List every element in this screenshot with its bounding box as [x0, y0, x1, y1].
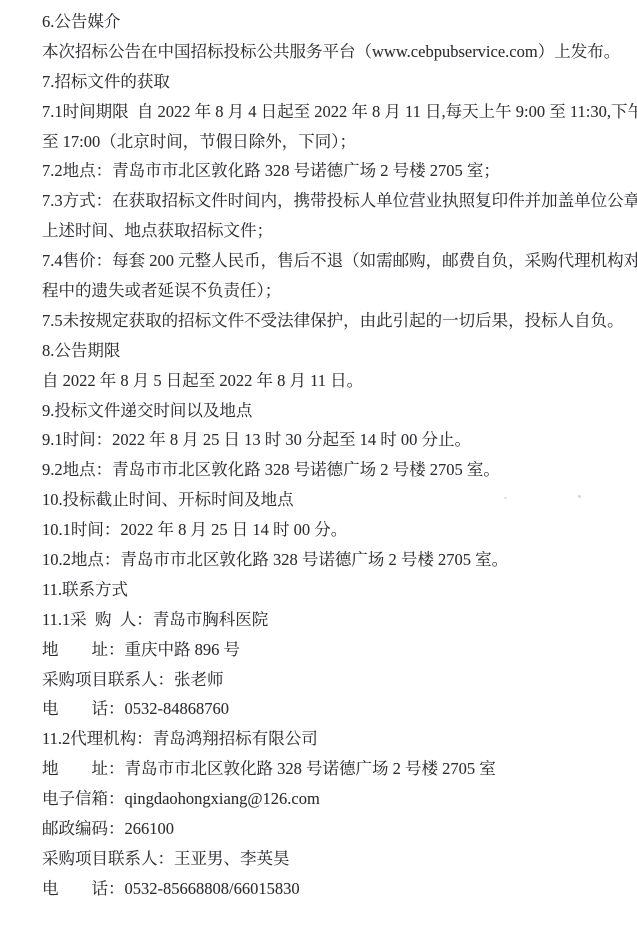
doc-line: 7.3方式：在获取招标文件时间内，携带投标人单位营业执照复印件并加盖单位公章，按… [42, 186, 608, 216]
section-heading: 7.招标文件的获取 [42, 67, 608, 97]
section-bid-submission: 9.投标文件递交时间以及地点 9.1时间：2022 年 8 月 25 日 13 … [42, 396, 608, 486]
doc-line: 地 址：青岛市市北区敦化路 328 号诺德广场 2 号楼 2705 室 [42, 754, 608, 784]
doc-line: 9.2地点：青岛市市北区敦化路 328 号诺德广场 2 号楼 2705 室。 [42, 455, 608, 485]
doc-line: 上述时间、地点获取招标文件； [42, 216, 608, 246]
doc-line: 7.1时间期限 自 2022 年 8 月 4 日起至 2022 年 8 月 11… [42, 97, 608, 127]
doc-line: 邮政编码：266100 [42, 814, 608, 844]
doc-line: 11.2代理机构：青岛鸿翔招标有限公司 [42, 724, 608, 754]
doc-line: 7.4售价：每套 200 元整人民币，售后不退（如需邮购，邮费自负，采购代理机构… [42, 246, 608, 276]
doc-line: 9.1时间：2022 年 8 月 25 日 13 时 30 分起至 14 时 0… [42, 425, 608, 455]
doc-line: 至 17:00（北京时间，节假日除外，下同）； [42, 127, 608, 157]
doc-line: 电 话：0532-85668808/66015830 [42, 874, 608, 904]
section-heading: 10.投标截止时间、开标时间及地点 [42, 485, 608, 515]
doc-line: 11.1采 购 人：青岛市胸科医院 [42, 605, 608, 635]
doc-line: 程中的遗失或者延误不负责任）； [42, 276, 608, 306]
section-heading: 8.公告期限 [42, 336, 608, 366]
section-heading: 11.联系方式 [42, 575, 608, 605]
section-announcement-period: 8.公告期限 自 2022 年 8 月 5 日起至 2022 年 8 月 11 … [42, 336, 608, 396]
doc-line: 采购项目联系人：张老师 [42, 665, 608, 695]
doc-line: 采购项目联系人：王亚男、李英昊 [42, 844, 608, 874]
doc-line: 10.2地点：青岛市市北区敦化路 328 号诺德广场 2 号楼 2705 室。 [42, 545, 608, 575]
section-heading: 9.投标文件递交时间以及地点 [42, 396, 608, 426]
doc-line: 7.2地点：青岛市市北区敦化路 328 号诺德广场 2 号楼 2705 室； [42, 156, 608, 186]
doc-line: 本次招标公告在中国招标投标公共服务平台（www.cebpubservice.co… [42, 37, 608, 67]
section-bid-opening: 10.投标截止时间、开标时间及地点 10.1时间：2022 年 8 月 25 日… [42, 485, 608, 575]
doc-line: 电子信箱：qingdaohongxiang@126.com [42, 784, 608, 814]
scan-speck [578, 495, 581, 498]
document-page: 6.公告媒介 本次招标公告在中国招标投标公共服务平台（www.cebpubser… [0, 0, 637, 928]
doc-line: 电 话：0532-84868760 [42, 694, 608, 724]
doc-line: 地 址：重庆中路 896 号 [42, 635, 608, 665]
section-heading: 6.公告媒介 [42, 7, 608, 37]
doc-line: 10.1时间：2022 年 8 月 25 日 14 时 00 分。 [42, 515, 608, 545]
doc-line: 7.5未按规定获取的招标文件不受法律保护，由此引起的一切后果，投标人自负。 [42, 306, 608, 336]
section-announcement-media: 6.公告媒介 本次招标公告在中国招标投标公共服务平台（www.cebpubser… [42, 7, 608, 67]
scan-speck [504, 497, 507, 499]
section-contact-info: 11.联系方式 11.1采 购 人：青岛市胸科医院 地 址：重庆中路 896 号… [42, 575, 608, 904]
doc-line: 自 2022 年 8 月 5 日起至 2022 年 8 月 11 日。 [42, 366, 608, 396]
section-obtaining-bid-documents: 7.招标文件的获取 7.1时间期限 自 2022 年 8 月 4 日起至 202… [42, 67, 608, 336]
